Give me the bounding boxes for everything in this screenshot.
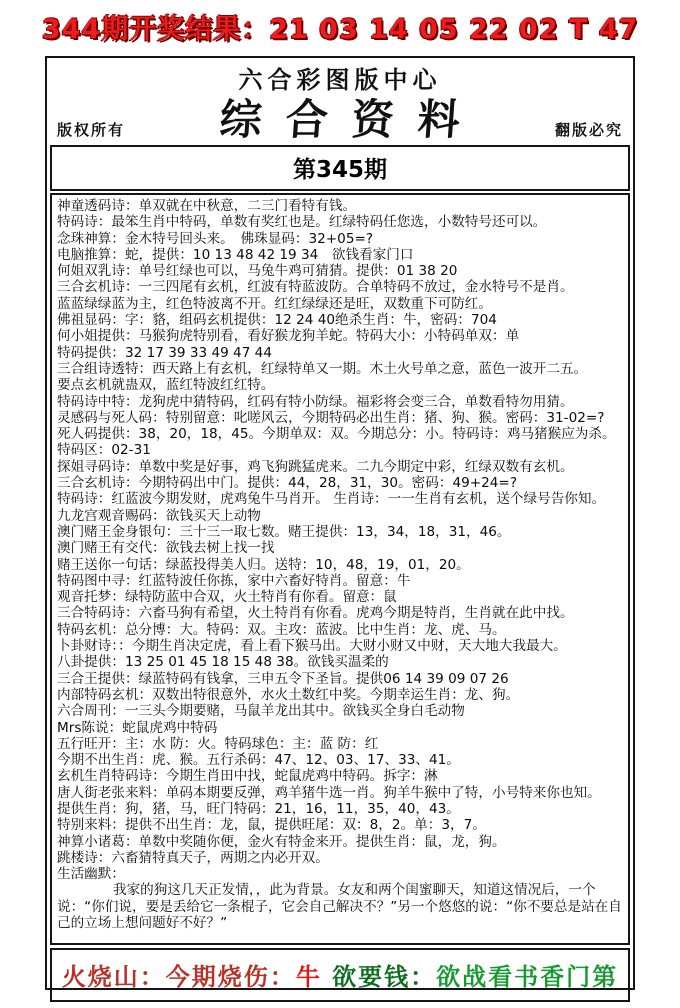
tip-line: 特码图中寻：红蓝特波任你拣，家中六畜好特肖。留意：牛 — [57, 573, 623, 589]
tip-line: 今期不出生肖：虎、猴。五行杀码：47、12、03、17、33、41。 — [57, 752, 623, 768]
tip-line: 九龙宫观音赐码：欲钱买天上动物 — [57, 508, 623, 524]
tip-line: 何小姐提供：马猴狗虎特别看，看好猴龙狗羊蛇。特码大小：小特码单双：单 — [57, 328, 623, 344]
tips-list: 神童透码诗：单双就在中秋意，二三门看特有钱。特码诗：最笨生肖中特码，单数有奖红也… — [57, 198, 623, 882]
bottom-banner: 火烧山：今期烧伤：牛 欲要钱：欲战看书香门第 — [50, 948, 630, 1002]
tip-line: 特码玄机：总分博：大。特码：双。主攻：蓝波。比中生肖：龙、虎、马。 — [57, 622, 623, 638]
tip-line: 三合玄机诗：今期特码出中门。提供：44，28，31，30。密码：49+24=? — [57, 475, 623, 491]
tip-line: 三合特码诗：六畜马狗有希望，火土特肖有你看。虎鸡今期是特肖，生肖就在此中找。 — [57, 605, 623, 621]
tip-line: 观音托梦：绿特防蓝中合双，火土特肖有你看。留意：鼠 — [57, 589, 623, 605]
tip-line: 灵感码与死人码：特别留意：叱嗟风云，今期特码必出生肖：猪、狗、猴。密码：31-0… — [57, 410, 623, 426]
tip-line: 电脑推算：蛇，提供：10 13 48 42 19 34 欲钱看家门口 — [57, 247, 623, 263]
banner-segment: 欲战看书香门第 — [436, 963, 618, 991]
tip-line: 六合周刊：一三头今期要赌，马鼠羊龙出其中。欲钱买全身白毛动物 — [57, 703, 623, 719]
tip-line: 生活幽默： — [57, 866, 623, 882]
tip-line: 三合玄机诗：一三四尾有玄机，红波有特蓝波防。合单特码不放过，金水特号不是肖。 — [57, 279, 623, 295]
tip-line: 特码诗：最笨生肖中特码，单数有奖红也是。红绿特码任您选，小数特号还可以。 — [57, 214, 623, 230]
issue-number: 第345期 — [50, 145, 630, 191]
tip-sheet: 六合彩图版中心 综合资料 版权所有 翻版必究 第345期 神童透码诗：单双就在中… — [45, 56, 635, 990]
anti-piracy-note: 翻版必究 — [555, 119, 623, 140]
tip-line: 跳楼诗：六畜猜特真天子，两期之内必开双。 — [57, 850, 623, 866]
tip-line: 特码诗：红蓝波今期发财，虎鸡兔牛马肖开。 生肖诗：一一生肖有玄机，送个绿号告你知… — [57, 491, 623, 507]
tip-line: 何姐双乳诗：单号红绿也可以，马兔牛鸡可猜猜。提供：01 38 20 — [57, 263, 623, 279]
tips-content: 神童透码诗：单双就在中秋意，二三门看特有钱。特码诗：最笨生肖中特码，单数有奖红也… — [50, 193, 630, 945]
tip-line: 探姐寻码诗：单数中奖是好事，鸡飞狗跳猛虎来。二九今期定中彩，红绿双数有玄机。 — [57, 459, 623, 475]
tip-line: 八卦提供：13 25 01 45 18 15 48 38。欲钱买温柔的 — [57, 654, 623, 670]
sheet-header: 六合彩图版中心 综合资料 版权所有 翻版必究 — [49, 58, 631, 144]
tip-line: Mrs陈说：蛇鼠虎鸡中特码 — [57, 720, 623, 736]
tip-line: 唐人街老张来料：单码本期要反弹，鸡羊猪牛选一肖。狗羊牛猴中了特，小号特来你也知。 — [57, 785, 623, 801]
banner-segment: 火烧山：今期烧伤： — [62, 963, 296, 991]
banner-segment: 牛 — [296, 963, 322, 991]
previous-draw-result: 344期开奖结果：21 03 14 05 22 02 T 47 — [0, 7, 680, 46]
tip-line: 念珠神算：金木特号回头来。 佛珠显码：32+05=? — [57, 231, 623, 247]
tip-line: 特码提供：32 17 39 33 49 47 44 — [57, 345, 623, 361]
tip-line: 蓝蓝绿绿蓝为主，红色特波离不开。红红绿绿还是旺，双数重下可防红。 — [57, 296, 623, 312]
tip-line: 玄机生肖特码诗：今期生肖田中找，蛇鼠虎鸡中特码。拆字：淋 — [57, 768, 623, 784]
main-title: 综合资料 — [47, 87, 633, 147]
tip-line: 特码诗中特：龙狗虎中猜特码，红码有特小防绿。福彩将会变三合，单数看特勿用猜。 — [57, 394, 623, 410]
tip-line: 神算小诸葛：单数中奖随你便，金火有特金来开。提供生肖：鼠，龙，狗。 — [57, 834, 623, 850]
tip-line: 三合王提供：绿蓝特码有钱拿，三申五令下圣旨。提供06 14 39 09 07 2… — [57, 671, 623, 687]
tip-line: 要点玄机就蛊双，蓝红特波红红特。 — [57, 377, 623, 393]
tip-line: 特别来料：提供不出生肖：龙，鼠，提供旺尾：双：8，2。单：3，7。 — [57, 817, 623, 833]
copyright-note: 版权所有 — [57, 119, 125, 140]
tip-line: 特码区：02-31 — [57, 442, 623, 458]
tip-line: 佛祖显码：字：貉，组码玄机提供：12 24 40绝杀生肖：牛，密码：704 — [57, 312, 623, 328]
humor-paragraph: 我家的狗这几天正发情，，此为背景。女友和两个闺蜜聊天，知道这情况后，一个说：“你… — [57, 882, 623, 932]
tip-line: 三合组诗透特：西天路上有玄机，红绿特单又一期。木土火号单之意，蓝色一波开二五。 — [57, 361, 623, 377]
banner-segments: 火烧山：今期烧伤：牛 欲要钱：欲战看书香门第 — [62, 963, 618, 991]
tip-line: 死人码提供：38，20，18，45。今期单双：双。今期总分：小。特码诗：鸡马猪猴… — [57, 426, 623, 442]
banner-segment: 欲要钱： — [322, 963, 436, 991]
tip-line: 澳门赌王金身银句：三十三一取七数。赌王提供：13，34，18，31，46。 — [57, 524, 623, 540]
tip-line: 赌王送你一句话：绿蓝投得美人归。送特：10，48，19，01，20。 — [57, 557, 623, 573]
tip-line: 内部特码玄机：双数出特很意外，水火土数红中奖。今期幸运生肖：龙、狗。 — [57, 687, 623, 703]
tip-line: 澳门赌王有交代：欲钱去树上找一找 — [57, 540, 623, 556]
tip-line: 神童透码诗：单双就在中秋意，二三门看特有钱。 — [57, 198, 623, 214]
tip-line: 卜卦财诗：：今期生肖决定虎，看上看下猴马出。大财小财又中财，天大地大我最大。 — [57, 638, 623, 654]
tip-line: 提供生肖：狗，猪，马，旺门特码：21，16，11，35，40，43。 — [57, 801, 623, 817]
tip-line: 五行旺开：主：水 防：火。特码球色：主：蓝 防：红 — [57, 736, 623, 752]
